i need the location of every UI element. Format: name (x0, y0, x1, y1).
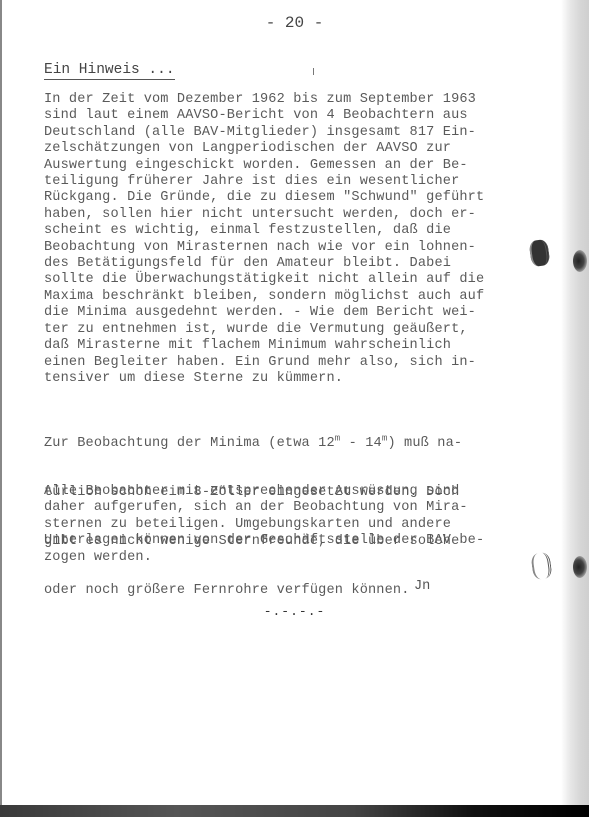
paragraph-line: ter zu entnehmen ist, wurde die Vermutun… (44, 322, 534, 338)
paragraph-line: Maxima beschränkt bleiben, sondern mögli… (44, 289, 534, 305)
scan-bottom-border (0, 805, 589, 817)
paragraph-line: daß Mirasterne mit flachem Minimum wahrs… (44, 338, 534, 354)
paragraph-line: die Minima ausgedehnt werden. - Wie dem … (44, 305, 534, 321)
heading: Ein Hinweis ... (44, 62, 175, 80)
paragraph-line: haben, sollen hier nicht untersucht werd… (44, 207, 534, 223)
paragraph-2-line-4: oder noch größere Fernrohre verfügen kön… (44, 583, 534, 599)
paragraph-3: Alle Beobachter mit entsprechender Ausrü… (44, 484, 534, 566)
paragraph-line: In der Zeit vom Dezember 1962 bis zum Se… (44, 92, 534, 108)
section-separator: -.-.-.- (0, 604, 589, 619)
paragraph-line: scheint es wichtig, einmal festzustellen… (44, 223, 534, 239)
paragraph-line: teiligung früherer Jahre ist dies ein we… (44, 174, 534, 190)
signature: Jn (414, 579, 430, 594)
paragraph-1: In der Zeit vom Dezember 1962 bis zum Se… (44, 92, 534, 387)
paragraph-line: zelschätzungen von Langperiodischen der … (44, 141, 534, 157)
paragraph-line: zogen werden. (44, 550, 534, 566)
page-right-shadow (561, 0, 589, 817)
paragraph-line: daher aufgerufen, sich an der Beobachtun… (44, 500, 534, 516)
paragraph-line: des Betätigungsfeld für den Amateur blei… (44, 256, 534, 272)
stray-mark (313, 68, 314, 75)
punch-hole-lower (573, 556, 587, 578)
paragraph-line: tensiver um diese Sterne zu kümmern. (44, 371, 534, 387)
paragraph-line: sind laut einem AAVSO-Bericht von 4 Beob… (44, 108, 534, 124)
paragraph-line: einen Begleiter haben. Ein Grund mehr al… (44, 355, 534, 371)
paragraph-2-line-1: Zur Beobachtung der Minima (etwa 12m - 1… (44, 436, 534, 452)
paragraph-line: Beobachtung von Mirasternen nach wie vor… (44, 240, 534, 256)
paragraph-line: Unterlagen können von der Geschäftsstell… (44, 533, 534, 549)
page-left-edge (0, 0, 2, 817)
paragraph-line: Alle Beobachter mit entsprechender Ausrü… (44, 484, 534, 500)
paragraph-line: Deutschland (alle BAV-Mitglieder) insges… (44, 125, 534, 141)
paragraph-line: sternen zu beteiligen. Umgebungskarten u… (44, 517, 534, 533)
paragraph-line: Auswertung eingeschickt worden. Gemessen… (44, 158, 534, 174)
paragraph-line: sollte die Überwachungstätigkeit nicht a… (44, 272, 534, 288)
punch-hole-upper (573, 250, 587, 272)
paragraph-line: Rückgang. Die Gründe, die zu diesem "Sch… (44, 190, 534, 206)
page-number: - 20 - (0, 14, 589, 32)
